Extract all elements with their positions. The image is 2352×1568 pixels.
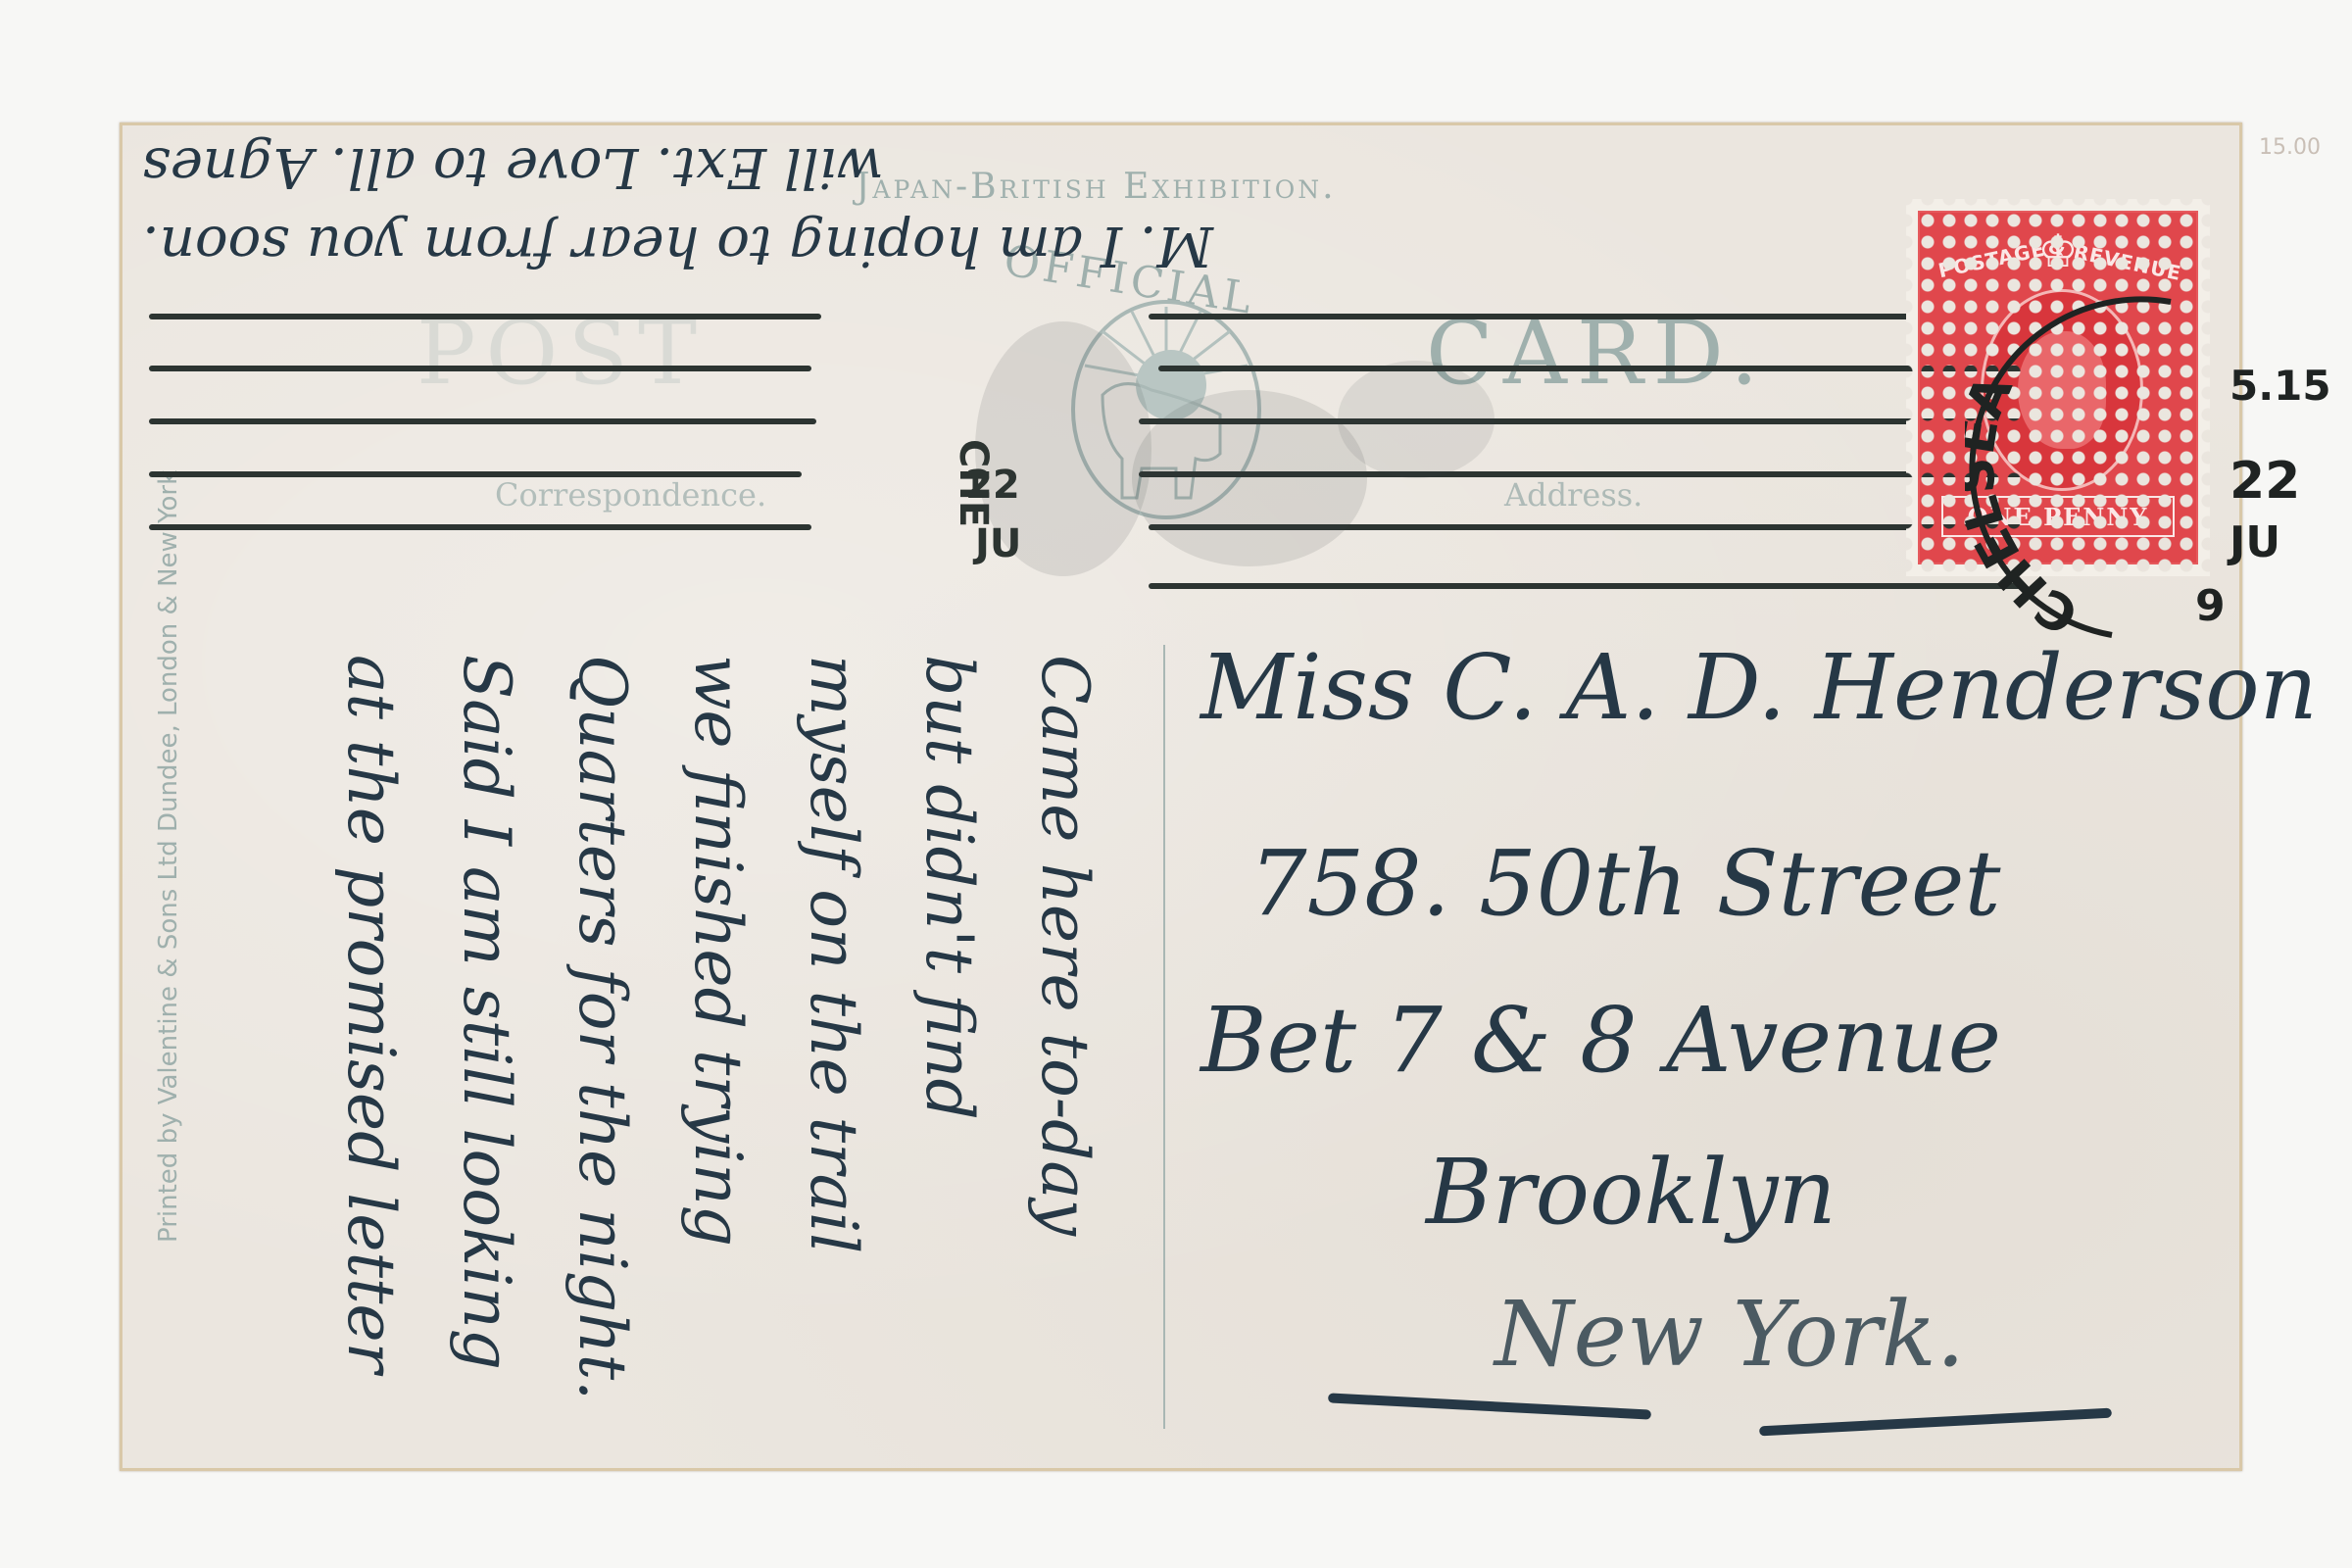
message-upside-line-1: will Ext. Love to all. Agnes (142, 135, 884, 199)
message-line: but didn't find (911, 655, 987, 1120)
address-line-recipient: Miss C. A. D. Henderson (1200, 635, 2318, 740)
message-upside-line-2: M. I am hoping to hear from you soon. (142, 214, 1213, 277)
center-divider (1163, 645, 1165, 1429)
message-line: Quarters for the night. (564, 655, 640, 1400)
svg-text:CHELSEA: CHELSEA (1965, 367, 2088, 646)
address-label: Address. (1504, 476, 1642, 514)
svg-text:22: 22 (965, 463, 1020, 508)
postcard: Japan-British Exhibition. OFFICIAL POST … (120, 122, 2242, 1471)
message-line: at the promised letter (333, 655, 409, 1373)
address-line-street: 758. 50th Street (1249, 831, 2000, 936)
stamp-revenue-label: & REVENUE (2046, 234, 2183, 285)
address-underline-right (1759, 1408, 2112, 1437)
message-line: we finished trying (680, 655, 756, 1247)
message-line: Came here to-day (1027, 655, 1102, 1236)
svg-text:22: 22 (2229, 452, 2300, 511)
svg-text:JU: JU (2227, 517, 2280, 567)
address-line-city: Brooklyn (1426, 1140, 1837, 1245)
svg-text:CHE: CHE (951, 439, 996, 527)
address-underline-left (1328, 1393, 1651, 1419)
svg-text:9: 9 (2195, 581, 2226, 631)
message-line: myself on the trail (796, 655, 871, 1253)
pencil-note: 15.00 (2259, 135, 2321, 160)
card-label: CARD. (1426, 302, 1768, 405)
post-label: POST (416, 302, 707, 405)
postmark: CHELSEA 5.15 PM 22 JU 9 (1965, 282, 2337, 655)
exhibition-header: Japan-British Exhibition. (856, 167, 1337, 207)
svg-text:JU: JU (972, 521, 1021, 566)
printer-credit: Printed by Valentine & Sons Ltd Dundee, … (154, 470, 183, 1243)
correspondence-label: Correspondence. (495, 476, 766, 514)
svg-text:5.15 PM: 5.15 PM (2229, 362, 2337, 410)
address-line-cross-streets: Bet 7 & 8 Avenue (1200, 988, 2001, 1093)
message-line: Said I am still looking (449, 655, 524, 1370)
exhibition-emblem-icon (1063, 287, 1269, 522)
address-line-state: New York. (1494, 1282, 1965, 1387)
